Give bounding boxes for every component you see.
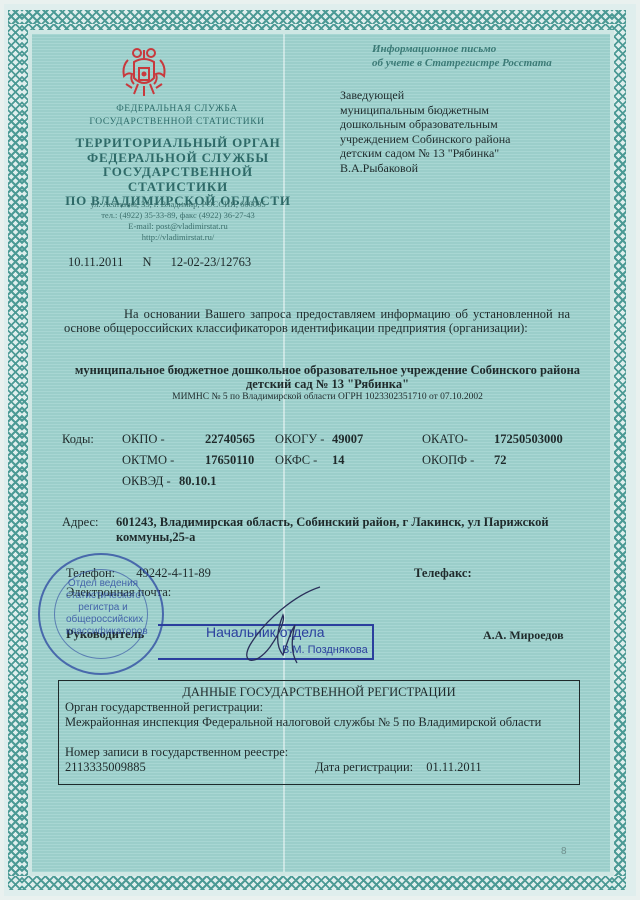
record-number-value: 2113335009885 (65, 760, 146, 774)
code-label-okato: ОКАТО- (422, 432, 468, 447)
code-label-okved: ОКВЭД - (122, 474, 171, 489)
organization-name: муниципальное бюджетное дошкольное образ… (60, 363, 595, 391)
registration-date-label: Дата регистрации: (315, 760, 413, 774)
address-value: 601243, Владимирская область, Собинский … (116, 515, 576, 545)
fax-label: Телефакс: (414, 566, 472, 581)
code-value-okopf: 72 (494, 453, 507, 468)
body-paragraph: На основании Вашего запроса предоставляе… (64, 307, 570, 335)
code-label-oktmo: ОКТМО - (122, 453, 174, 468)
address-label: Адрес: (62, 515, 99, 530)
letter-type: Информационное письмо об учете в Статрег… (372, 42, 602, 70)
addressee-line: детским садом № 13 "Рябинка" (340, 146, 580, 161)
codes-label: Коды: (62, 432, 94, 447)
registration-authority-value: Межрайонная инспекция Федеральной налого… (65, 715, 573, 730)
letter-date: 10.11.2011 (68, 255, 123, 269)
code-value-oktmo: 17650110 (205, 453, 254, 468)
handwritten-signature-icon (225, 585, 335, 670)
code-label-okopf: ОКОПФ - (422, 453, 474, 468)
agency-big-line: ГОСУДАРСТВЕННОЙ СТАТИСТИКИ (58, 165, 298, 194)
agency-big-line: ТЕРРИТОРИАЛЬНЫЙ ОРГАН (58, 136, 298, 151)
agency-line: ГОСУДАРСТВЕННОЙ СТАТИСТИКИ (62, 116, 292, 129)
addressee-block: Заведующей муниципальным бюджетным дошко… (340, 88, 580, 175)
letter-type-line: об учете в Статрегистре Росстата (372, 56, 602, 70)
registration-date-value: 01.11.2011 (426, 760, 481, 774)
record-row: 2113335009885 Дата регистрации: 01.11.20… (65, 760, 573, 775)
addressee-line: Заведующей (340, 88, 580, 103)
agency-phone: тел.: (4922) 35-33-89, факс (4922) 36-27… (60, 210, 296, 221)
addressee-line: учреждением Собинского района (340, 132, 580, 147)
agency-name-small: ФЕДЕРАЛЬНАЯ СЛУЖБА ГОСУДАРСТВЕННОЙ СТАТИ… (62, 103, 292, 129)
addressee-line: муниципальным бюджетным (340, 103, 580, 118)
state-registration-box: ДАННЫЕ ГОСУДАРСТВЕННОЙ РЕГИСТРАЦИИ Орган… (58, 680, 580, 785)
agency-address: ул. Асаткина, 33, г. Владимир, РОССИЯ, 6… (60, 199, 296, 210)
code-value-okpo: 22740565 (205, 432, 255, 447)
state-registration-title: ДАННЫЕ ГОСУДАРСТВЕННОЙ РЕГИСТРАЦИИ (65, 685, 573, 700)
agency-website: http://vladimirstat.ru/ (60, 232, 296, 243)
letter-reference: 10.11.2011 N 12-02-23/12763 (68, 255, 265, 270)
coat-of-arms-icon (118, 44, 170, 100)
agency-email: E-mail: post@vladimirstat.ru (60, 221, 296, 232)
code-label-okogu: ОКОГУ - (275, 432, 324, 447)
agency-line: ФЕДЕРАЛЬНАЯ СЛУЖБА (62, 103, 292, 116)
registration-authority-label: Орган государственной регистрации: (65, 700, 573, 715)
agency-contacts: ул. Асаткина, 33, г. Владимир, РОССИЯ, 6… (60, 199, 296, 243)
code-value-okogu: 49007 (332, 432, 363, 447)
record-number-label: Номер записи в государственном реестре: (65, 745, 573, 760)
addressee-line: В.А.Рыбаковой (340, 161, 580, 176)
code-value-okfs: 14 (332, 453, 345, 468)
organization-registration: МИМНС № 5 по Владимирской области ОГРН 1… (60, 392, 595, 402)
addressee-line: дошкольным образовательным (340, 117, 580, 132)
code-value-okved: 80.10.1 (179, 474, 217, 489)
number-label: N (142, 255, 151, 269)
corner-mark: 8 (561, 846, 567, 857)
registration-date: Дата регистрации: 01.11.2011 (315, 760, 482, 775)
code-label-okpo: ОКПО - (122, 432, 165, 447)
stamp-inner-text: Отдел ведения статистического регистра и… (66, 578, 140, 638)
body-text: На основании Вашего запроса предоставляе… (64, 307, 570, 335)
code-label-okfs: ОКФС - (275, 453, 317, 468)
head-name: А.А. Мироедов (483, 628, 564, 643)
agency-name-big: ТЕРРИТОРИАЛЬНЫЙ ОРГАН ФЕДЕРАЛЬНОЙ СЛУЖБЫ… (58, 136, 298, 209)
agency-big-line: ФЕДЕРАЛЬНОЙ СЛУЖБЫ (58, 151, 298, 166)
letter-type-line: Информационное письмо (372, 42, 602, 56)
letter-number: 12-02-23/12763 (171, 255, 252, 269)
code-value-okato: 17250503000 (494, 432, 563, 447)
